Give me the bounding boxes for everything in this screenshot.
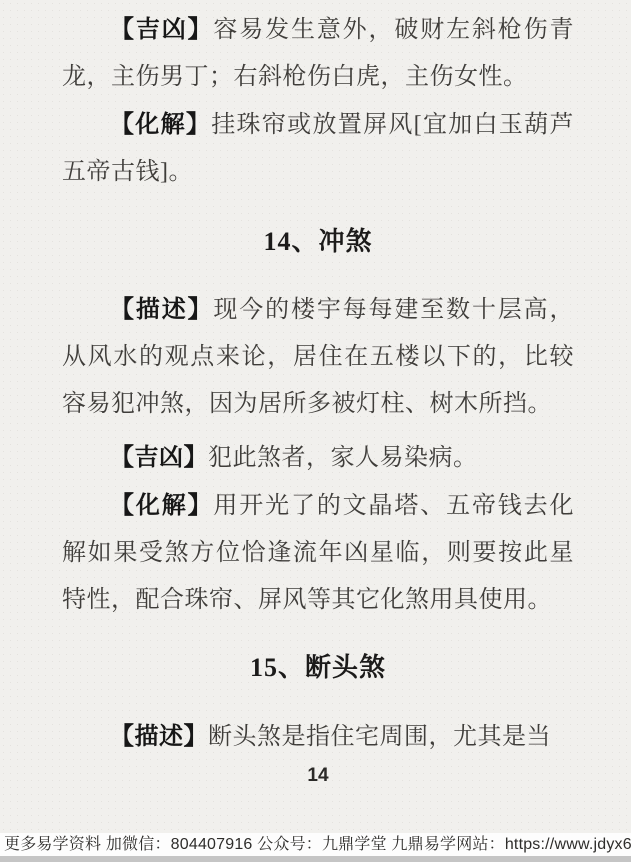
paragraph-text: 犯此煞者，家人易染病。	[208, 445, 478, 471]
section-label-miaoshu: 【描述】	[110, 723, 208, 750]
section-heading-15-duantousha: 15、断头煞	[62, 648, 574, 688]
page-footer: 更多易学资料 加微信：804407916 公众号：九鼎学堂 九鼎易学网站：htt…	[0, 833, 631, 862]
section-label-jixiong: 【吉凶】	[110, 444, 208, 471]
paragraph-jixiong-14: 【吉凶】犯此煞者，家人易染病。	[62, 434, 574, 482]
section-label-huajie: 【化解】	[110, 111, 211, 138]
section-label-jixiong: 【吉凶】	[110, 16, 213, 43]
paragraph-miaoshu-14: 【描述】现今的楼宇每每建至数十层高，从风水的观点来论，居住在五楼以下的，比较容易…	[62, 286, 574, 428]
footer-contact-info: 更多易学资料 加微信：804407916 公众号：九鼎学堂 九鼎易学网站：htt…	[0, 833, 631, 856]
paragraph-jixiong-1: 【吉凶】容易发生意外，破财左斜枪伤青龙，主伤男丁；右斜枪伤白虎，主伤女性。	[62, 6, 574, 101]
paragraph-text: 断头煞是指住宅周围，尤其是当	[208, 724, 551, 750]
page-number: 14	[62, 764, 574, 788]
paragraph-huajie-1: 【化解】挂珠帘或放置屏风[宜加白玉葫芦五帝古钱]。	[62, 101, 574, 196]
footer-divider-bar	[0, 856, 631, 862]
paragraph-miaoshu-15: 【描述】断头煞是指住宅周围，尤其是当	[62, 713, 574, 761]
paragraph-huajie-14: 【化解】用开光了的文晶塔、五帝钱去化解如果受煞方位恰逢流年凶星临，则要按此星特性…	[62, 482, 574, 624]
book-page: 【吉凶】容易发生意外，破财左斜枪伤青龙，主伤男丁；右斜枪伤白虎，主伤女性。 【化…	[0, 0, 631, 788]
section-label-miaoshu: 【描述】	[110, 296, 213, 323]
section-heading-14-chongsha: 14、冲煞	[62, 222, 574, 262]
section-label-huajie: 【化解】	[110, 492, 213, 519]
page-content: 【吉凶】容易发生意外，破财左斜枪伤青龙，主伤男丁；右斜枪伤白虎，主伤女性。 【化…	[0, 0, 631, 788]
